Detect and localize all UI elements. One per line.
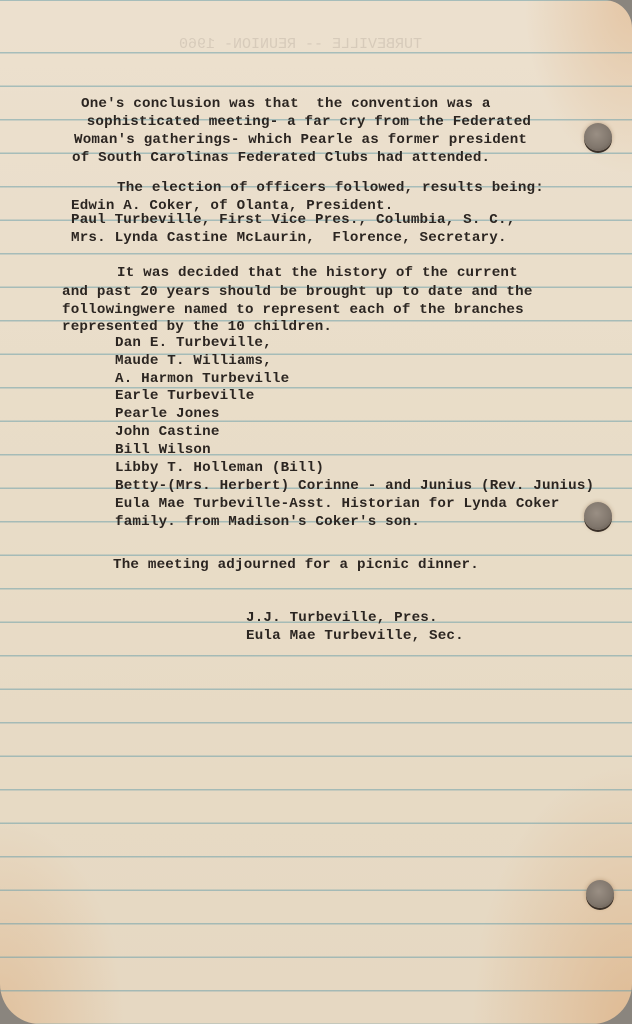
representative-item: Dan E. Turbeville, (115, 334, 272, 352)
signature-secretary: Eula Mae Turbeville, Sec. (246, 627, 464, 645)
election-intro: The election of officers followed, resul… (117, 179, 544, 197)
history-line: It was decided that the history of the c… (117, 264, 518, 282)
representative-item: Earle Turbeville (115, 387, 254, 405)
adjournment-line: The meeting adjourned for a picnic dinne… (113, 556, 479, 574)
conclusion-line: sophisticated meeting- a far cry from th… (78, 113, 531, 131)
representative-item: family. from Madison's Coker's son. (115, 513, 420, 531)
history-line: followingwere named to represent each of… (62, 301, 524, 319)
notebook-page: TURBEVILLE -- REUNION- 1960 One's conclu… (0, 0, 632, 1024)
officer-line: Mrs. Lynda Castine McLaurin, Florence, S… (71, 229, 507, 247)
conclusion-line: Woman's gatherings- which Pearle as form… (74, 131, 527, 149)
representative-item: Pearle Jones (115, 405, 220, 423)
representative-item: Bill Wilson (115, 441, 211, 459)
representative-item: John Castine (115, 423, 220, 441)
typed-content: One's conclusion was that the convention… (0, 0, 632, 1024)
representative-item: A. Harmon Turbeville (115, 370, 289, 388)
representative-item: Maude T. Williams, (115, 352, 272, 370)
signature-president: J.J. Turbeville, Pres. (246, 609, 438, 627)
representative-item: Eula Mae Turbeville-Asst. Historian for … (115, 495, 559, 513)
conclusion-line: of South Carolinas Federated Clubs had a… (72, 149, 490, 167)
history-line: and past 20 years should be brought up t… (62, 283, 533, 301)
officer-line: Paul Turbeville, First Vice Pres., Colum… (71, 211, 515, 229)
representative-item: Betty-(Mrs. Herbert) Corinne - and Juniu… (115, 477, 594, 495)
representative-item: Libby T. Holleman (Bill) (115, 459, 324, 477)
conclusion-line: One's conclusion was that the convention… (81, 95, 491, 113)
